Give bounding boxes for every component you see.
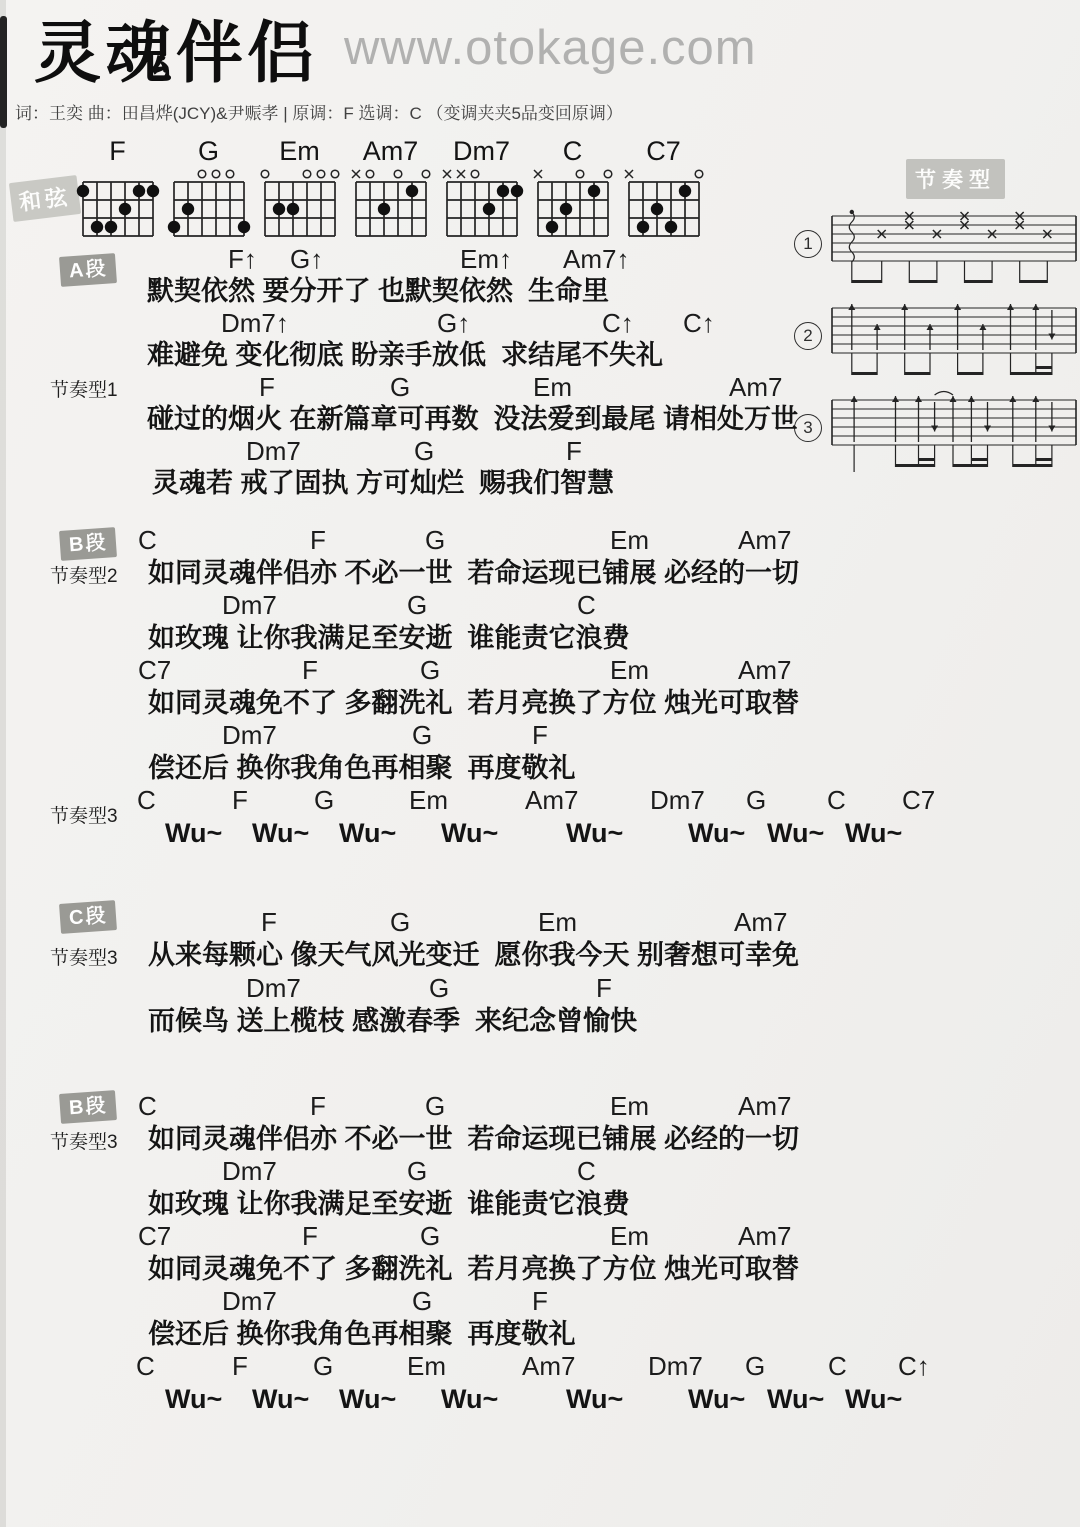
chord-label: G <box>420 1220 440 1253</box>
chord-label: C↑ <box>602 307 634 339</box>
lyric-text: 如同灵魂伴侣亦 不必一世 若命运现已铺展 必经的一切 <box>148 557 799 590</box>
lyric-line: 偿还后 换你我角色再相聚 再度敬礼 <box>0 752 1080 785</box>
chord-label: C7 <box>138 654 171 687</box>
chord-label: Em <box>409 784 448 817</box>
chord-label: Em <box>610 1090 649 1123</box>
chord-label: Dm7 <box>246 435 301 467</box>
chord-diagram-row: FGEmAm7Dm7CC7 <box>72 138 709 249</box>
chord-label: G <box>412 719 432 752</box>
chord-line: Dm7↑G↑C↑C↑ <box>0 307 1080 339</box>
chord-name: F <box>72 138 163 166</box>
lyric-line: 如同灵魂免不了 多翻洗礼 若月亮换了方位 烛光可取替 <box>0 1253 1080 1286</box>
chord-grid-icon <box>620 166 708 244</box>
chord-label: Am7 <box>525 784 578 817</box>
chord-label: G <box>414 435 434 467</box>
vocalise-wu: Wu~ <box>767 1383 824 1416</box>
vocalise-wu: Wu~ <box>566 817 623 850</box>
chord-label: Dm7 <box>222 1155 277 1188</box>
lyric-line: 难避免 变化彻底 盼亲手放低 求结尾不失礼 <box>0 339 1080 371</box>
chord-label: Am7 <box>738 1220 791 1253</box>
vocalise-wu: Wu~ <box>688 1383 745 1416</box>
chord-label: G <box>390 906 410 939</box>
lyric-text: 如同灵魂免不了 多翻洗礼 若月亮换了方位 烛光可取替 <box>148 687 799 720</box>
chord-label: F <box>261 906 277 939</box>
vocalise-wu: Wu~ <box>845 817 902 850</box>
lyric-text: 从来每颗心 像天气风光变迁 愿你我今天 别奢想可幸免 <box>148 939 799 972</box>
lyric-text: 灵魂若 戒了固执 方可灿烂 赐我们智慧 <box>152 467 614 499</box>
vocalise-wu: Wu~ <box>252 817 309 850</box>
lyric-line: 从来每颗心 像天气风光变迁 愿你我今天 别奢想可幸免 <box>0 939 1080 972</box>
chord-label: C7 <box>902 784 935 817</box>
chord-label: G <box>746 784 766 817</box>
chord-line: CFGEmAm7Dm7GCC↑ <box>0 1350 1080 1383</box>
chord-label: Am7 <box>738 654 791 687</box>
chord-line: FGEmAm7 <box>0 371 1080 403</box>
chord-label: C <box>827 784 846 817</box>
lyric-line: 碰过的烟火 在新篇章可再数 没法爱到最尾 请相处万世 <box>0 403 1080 435</box>
lyric-text: 如玫瑰 让你我满足至安逝 谁能责它浪费 <box>148 1188 630 1221</box>
chord-label: G <box>412 1285 432 1318</box>
chord-label: F <box>596 972 612 1005</box>
vocalise-wu: Wu~ <box>441 1383 498 1416</box>
lyric-text: 难避免 变化彻底 盼亲手放低 求结尾不失礼 <box>147 339 663 371</box>
chord-label: Dm7 <box>222 1285 277 1318</box>
chord-label: Am7↑ <box>563 243 629 275</box>
chord-line: F↑G↑Em↑Am7↑ <box>0 243 1080 275</box>
credits-line: 词：王奕 曲：田昌烨(JCY)&尹赈孝 | 原调：F 选调：C （变调夹夹5品变… <box>15 99 623 124</box>
chord-label: Em <box>533 371 572 403</box>
lyric-line: 偿还后 换你我角色再相聚 再度敬礼 <box>0 1318 1080 1351</box>
lyric-text: 默契依然 要分开了 也默契依然 生命里 <box>147 275 609 307</box>
lyric-line: 而候鸟 送上榄枝 感激春季 来纪念曾愉快 <box>0 1005 1080 1038</box>
chord-label: C <box>137 784 156 817</box>
chord-label: G <box>425 524 445 557</box>
chord-label: Em <box>407 1350 446 1383</box>
lyric-line: 默契依然 要分开了 也默契依然 生命里 <box>0 275 1080 307</box>
chord-name: C7 <box>618 138 709 166</box>
chord-grid-icon <box>438 166 526 244</box>
chord-line: Dm7GF <box>0 972 1080 1005</box>
chord-label: F <box>232 1350 248 1383</box>
song-section: B段节奏型3CFGEmAm7如同灵魂伴侣亦 不必一世 若命运现已铺展 必经的一切… <box>0 1090 1080 1415</box>
lyric-line: 灵魂若 戒了固执 方可灿烂 赐我们智慧 <box>0 467 1080 499</box>
chord-label: G <box>313 1350 333 1383</box>
chord-label: Dm7 <box>246 972 301 1005</box>
chord-label: G <box>390 371 410 403</box>
chord-line: Dm7GF <box>0 1285 1080 1318</box>
chord-label: F <box>310 1090 326 1123</box>
chord-label: F <box>259 371 275 403</box>
chord-label: Em <box>610 524 649 557</box>
chord-label: Dm7 <box>222 719 277 752</box>
chord-label: C <box>136 1350 155 1383</box>
chord-label: Dm7 <box>650 784 705 817</box>
scan-edge-artifact <box>0 16 7 128</box>
chord-label: G <box>314 784 334 817</box>
vocalise-wu: Wu~ <box>165 817 222 850</box>
chord-name: Em <box>254 138 345 166</box>
chord-label: C↑ <box>683 307 715 339</box>
chord-label: Am7 <box>522 1350 575 1383</box>
lyric-text: 如玫瑰 让你我满足至安逝 谁能责它浪费 <box>148 622 630 655</box>
lyric-line: 如玫瑰 让你我满足至安逝 谁能责它浪费 <box>0 1188 1080 1221</box>
rhythm-panel-badge: 节奏型 <box>906 159 1005 199</box>
chord-label: Dm7 <box>648 1350 703 1383</box>
lyric-text: 碰过的烟火 在新篇章可再数 没法爱到最尾 请相处万世 <box>147 403 798 435</box>
chord-diagram-Am7: Am7 <box>345 138 436 249</box>
vocalise-line: Wu~Wu~Wu~Wu~Wu~Wu~Wu~Wu~ <box>0 1383 1080 1416</box>
chord-diagram-G: G <box>163 138 254 249</box>
vocalise-wu: Wu~ <box>566 1383 623 1416</box>
lyric-text: 而候鸟 送上榄枝 感激春季 来纪念曾愉快 <box>148 1005 637 1038</box>
chord-label: F <box>302 654 318 687</box>
lyric-text: 偿还后 换你我角色再相聚 再度敬礼 <box>148 752 576 785</box>
chord-label: F <box>566 435 582 467</box>
chord-line: C7FGEmAm7 <box>0 1220 1080 1253</box>
chord-label: Em <box>538 906 577 939</box>
chord-grid-icon <box>165 166 253 244</box>
song-section: C段节奏型3FGEmAm7从来每颗心 像天气风光变迁 愿你我今天 别奢想可幸免D… <box>0 906 1080 1038</box>
vocalise-wu: Wu~ <box>252 1383 309 1416</box>
vocalise-wu: Wu~ <box>767 817 824 850</box>
chord-label: G <box>407 1155 427 1188</box>
chord-label: Dm7↑ <box>221 307 289 339</box>
song-section: A段节奏型1F↑G↑Em↑Am7↑默契依然 要分开了 也默契依然 生命里Dm7↑… <box>0 243 1080 499</box>
chord-label: C <box>138 1090 157 1123</box>
chord-label: F <box>532 719 548 752</box>
chord-diagram-C7: C7 <box>618 138 709 249</box>
lyric-line: 如同灵魂免不了 多翻洗礼 若月亮换了方位 烛光可取替 <box>0 687 1080 720</box>
site-watermark: www.otokage.com <box>344 20 757 76</box>
chord-grid-icon <box>256 166 344 244</box>
chord-label: C <box>577 1155 596 1188</box>
lyric-line: 如同灵魂伴侣亦 不必一世 若命运现已铺展 必经的一切 <box>0 557 1080 590</box>
vocalise-wu: Wu~ <box>165 1383 222 1416</box>
chord-label: C↑ <box>898 1350 930 1383</box>
chord-diagram-Dm7: Dm7 <box>436 138 527 249</box>
chord-name: Am7 <box>345 138 436 166</box>
chord-label: Am7 <box>734 906 787 939</box>
vocalise-line: Wu~Wu~Wu~Wu~Wu~Wu~Wu~Wu~ <box>0 817 1080 850</box>
vocalise-wu: Wu~ <box>845 1383 902 1416</box>
lyric-text: 如同灵魂伴侣亦 不必一世 若命运现已铺展 必经的一切 <box>148 1123 799 1156</box>
chord-diagram-F: F <box>72 138 163 249</box>
chord-name: G <box>163 138 254 166</box>
chord-label: G <box>420 654 440 687</box>
vocalise-wu: Wu~ <box>441 817 498 850</box>
chord-label: F <box>310 524 326 557</box>
song-section: B段节奏型2节奏型3CFGEmAm7如同灵魂伴侣亦 不必一世 若命运现已铺展 必… <box>0 524 1080 849</box>
chord-line: CFGEmAm7 <box>0 524 1080 557</box>
chord-label: Em↑ <box>460 243 512 275</box>
chords-panel-badge: 和弦 <box>9 175 81 222</box>
chord-label: F <box>302 1220 318 1253</box>
lyric-text: 偿还后 换你我角色再相聚 再度敬礼 <box>148 1318 576 1351</box>
chord-label: Am7 <box>738 1090 791 1123</box>
chord-label: G↑ <box>290 243 323 275</box>
chord-name: Dm7 <box>436 138 527 166</box>
chord-label: F↑ <box>228 243 257 275</box>
chord-label: C <box>828 1350 847 1383</box>
chord-grid-icon <box>347 166 435 244</box>
chord-line: Dm7GC <box>0 589 1080 622</box>
chord-grid-icon <box>529 166 617 244</box>
chord-label: G <box>425 1090 445 1123</box>
chord-line: Dm7GF <box>0 719 1080 752</box>
chord-label: Am7 <box>738 524 791 557</box>
chord-label: Em <box>610 1220 649 1253</box>
chord-label: F <box>532 1285 548 1318</box>
chord-diagram-Em: Em <box>254 138 345 249</box>
vocalise-wu: Wu~ <box>339 1383 396 1416</box>
chord-label: Dm7 <box>222 589 277 622</box>
guitar-chord-sheet: 灵魂伴侣 www.otokage.com 词：王奕 曲：田昌烨(JCY)&尹赈孝… <box>0 0 1080 1527</box>
chord-label: Am7 <box>729 371 782 403</box>
chord-grid-icon <box>74 166 162 244</box>
song-title: 灵魂伴侣 <box>34 0 318 96</box>
chord-label: C <box>577 589 596 622</box>
lyric-line: 如同灵魂伴侣亦 不必一世 若命运现已铺展 必经的一切 <box>0 1123 1080 1156</box>
chord-label: G↑ <box>437 307 470 339</box>
chord-label: C <box>138 524 157 557</box>
lyric-text: 如同灵魂免不了 多翻洗礼 若月亮换了方位 烛光可取替 <box>148 1253 799 1286</box>
chord-label: G <box>429 972 449 1005</box>
chord-label: G <box>745 1350 765 1383</box>
lyric-line: 如玫瑰 让你我满足至安逝 谁能责它浪费 <box>0 622 1080 655</box>
chord-label: F <box>232 784 248 817</box>
chord-name: C <box>527 138 618 166</box>
chord-line: CFGEmAm7 <box>0 1090 1080 1123</box>
chord-line: Dm7GC <box>0 1155 1080 1188</box>
chord-line: C7FGEmAm7 <box>0 654 1080 687</box>
chord-diagram-C: C <box>527 138 618 249</box>
chord-line: FGEmAm7 <box>0 906 1080 939</box>
vocalise-wu: Wu~ <box>688 817 745 850</box>
vocalise-wu: Wu~ <box>339 817 396 850</box>
chord-label: Em <box>610 654 649 687</box>
chord-line: Dm7GF <box>0 435 1080 467</box>
chord-line: CFGEmAm7Dm7GCC7 <box>0 784 1080 817</box>
chord-label: C7 <box>138 1220 171 1253</box>
chord-label: G <box>407 589 427 622</box>
